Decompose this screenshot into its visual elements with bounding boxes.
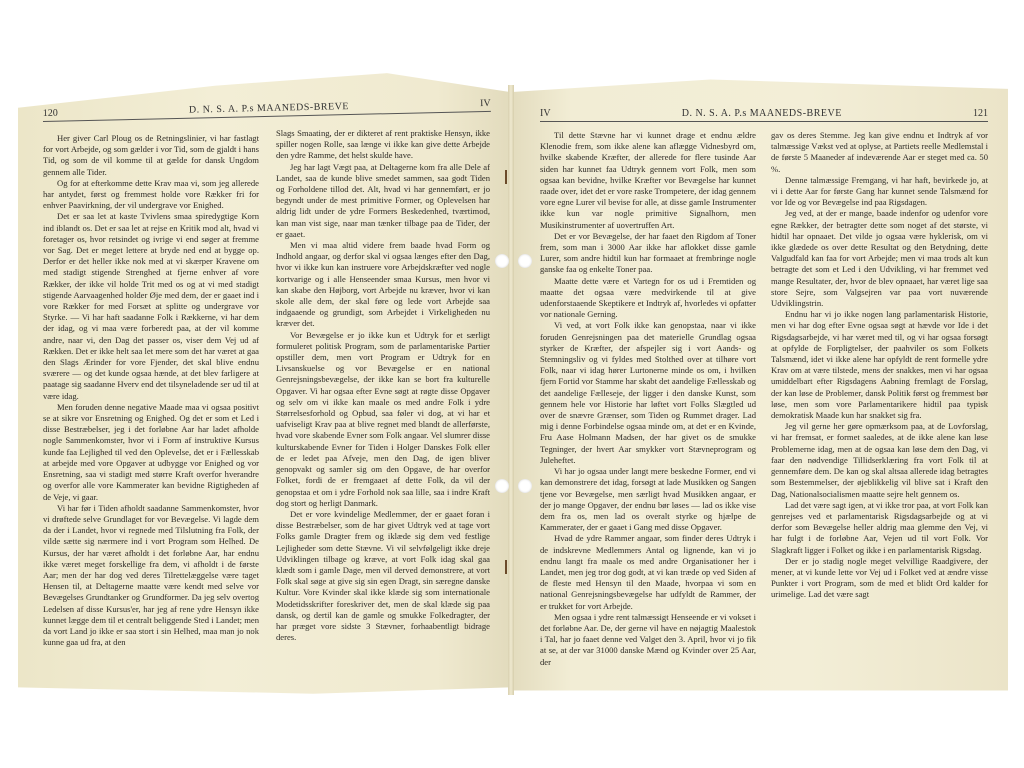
right-section-label: IV <box>540 108 551 119</box>
punch-hole <box>518 254 532 268</box>
staple-icon <box>505 170 507 184</box>
paragraph: Jeg ved, at der er mange, baade indenfor… <box>771 208 988 309</box>
paragraph: Lad det være sagt igen, at vi ikke tror … <box>771 500 988 556</box>
left-running-title: D. N. S. A. P.s MAANEDS-BREVE <box>189 101 349 116</box>
paragraph: Vi har før i Tiden afholdt saadanne Samm… <box>43 503 259 649</box>
paragraph: Maatte dette være et Vartegn for os ud i… <box>540 276 756 321</box>
paragraph: Denne talmæssige Fremgang, vi har haft, … <box>771 175 988 209</box>
left-page-column-2: Slags Smaating, der er dikteret af rent … <box>276 128 490 643</box>
paragraph: Det er saa let at kaste Tvivlens smaa sp… <box>43 211 259 401</box>
paragraph: Jeg har lagt Vægt paa, at Deltagerne kom… <box>276 162 490 240</box>
left-page-number: 120 <box>43 108 58 119</box>
left-section-label: IV <box>480 98 491 109</box>
right-page-column-2: gav os deres Stemme. Jeg kan give endnu … <box>771 130 988 601</box>
paragraph: Vi ved, at vort Folk ikke kan genopstaa,… <box>540 320 756 466</box>
paragraph: Vi har jo ogsaa under langt mere beskedn… <box>540 466 756 533</box>
right-running-title: D. N. S. A. P.s MAANEDS-BREVE <box>682 108 842 119</box>
paragraph: Endnu har vi jo ikke nogen lang parlamen… <box>771 309 988 421</box>
paragraph: Det er vor Bevægelse, der har faaet den … <box>540 231 756 276</box>
paragraph: Der er jo stadig nogle meget velvillige … <box>771 556 988 601</box>
right-page-number: 121 <box>973 108 988 119</box>
paragraph: Jeg vil gerne her gøre opmærksom paa, at… <box>771 421 988 499</box>
paragraph: Slags Smaating, der er dikteret af rent … <box>276 128 490 162</box>
punch-hole <box>495 479 509 493</box>
staple-icon <box>505 560 507 574</box>
book-gutter <box>508 85 514 695</box>
punch-hole <box>495 254 509 268</box>
paragraph: Men foruden denne negative Maade maa vi … <box>43 402 259 503</box>
paragraph: Og for at efterkomme dette Krav maa vi, … <box>43 178 259 212</box>
paragraph: Det er vore kvindelige Medlemmer, der er… <box>276 509 490 643</box>
paragraph: Men vi maa altid videre frem baade hvad … <box>276 240 490 330</box>
punch-hole <box>518 479 532 493</box>
right-page-column-1: Til dette Stævne har vi kunnet drage et … <box>540 130 756 668</box>
left-page-column-1: Her giver Carl Ploug os de Retningslinie… <box>43 133 259 648</box>
paragraph: Til dette Stævne har vi kunnet drage et … <box>540 130 756 231</box>
paragraph: Men ogsaa i ydre rent talmæssigt Henseen… <box>540 612 756 668</box>
paragraph: gav os deres Stemme. Jeg kan give endnu … <box>771 130 988 175</box>
paragraph: Her giver Carl Ploug os de Retningslinie… <box>43 133 259 178</box>
right-page-header: IV D. N. S. A. P.s MAANEDS-BREVE 121 <box>540 108 988 122</box>
paragraph: Hvad de ydre Rammer angaar, som finder d… <box>540 533 756 611</box>
paragraph: Vor Bevægelse er jo ikke kun et Udtryk f… <box>276 330 490 509</box>
